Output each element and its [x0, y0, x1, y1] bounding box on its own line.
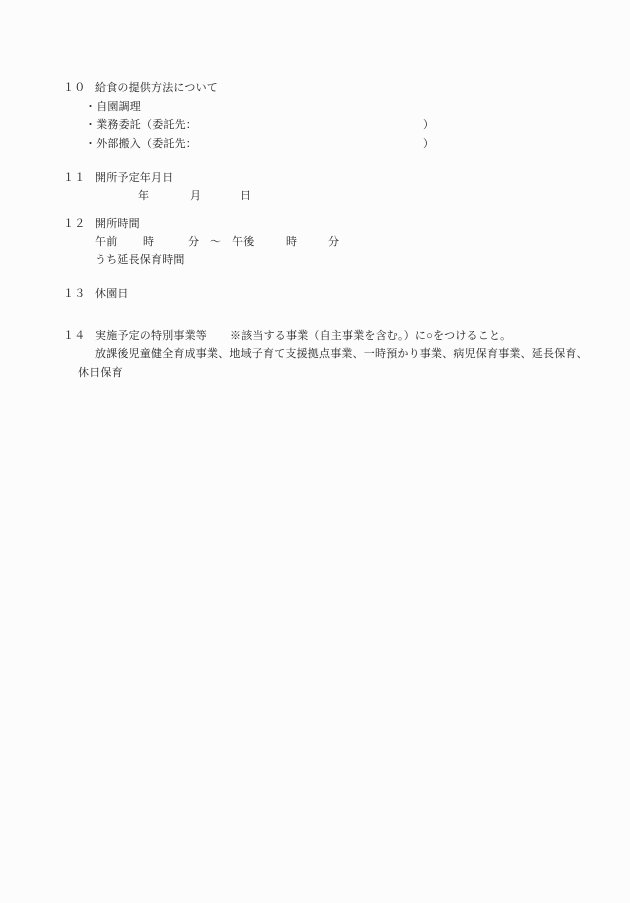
section-10-number: １０: [63, 81, 85, 95]
programs-line-1: 放課後児童健全育成事業、地域子育て支援拠点事業、一時預かり事業、病児保育事業、延…: [95, 347, 588, 361]
am-label: 午前: [95, 235, 117, 249]
am-hour-label: 時: [143, 235, 154, 249]
document-page: １０ 給食の提供方法について ・自園調理 ・業務委託（委託先： ） ・外部搬入（…: [0, 0, 630, 903]
section-11-title: 開所予定年月日: [95, 171, 173, 185]
pm-hour-label: 時: [286, 235, 297, 249]
section-12-title: 開所時間: [95, 217, 140, 231]
am-minute-label: 分: [188, 235, 199, 249]
bullet-item-self-cooking: ・自園調理: [85, 100, 141, 114]
outsourcing-close-paren: ）: [423, 118, 434, 132]
section-10-title: 給食の提供方法について: [95, 81, 218, 95]
year-unit-label: 年: [138, 189, 149, 203]
month-unit-label: 月: [190, 189, 201, 203]
section-11-number: １１: [63, 171, 85, 185]
pm-minute-label: 分: [328, 235, 339, 249]
day-unit-label: 日: [240, 189, 251, 203]
bullet-item-external-delivery: ・外部搬入（委託先：: [85, 137, 197, 151]
extended-care-note: うち延長保育時間: [95, 253, 185, 267]
programs-line-2: 休日保育: [78, 366, 123, 380]
section-14-instruction: ※該当する事業（自主事業を含む。）に○をつけること。: [230, 329, 511, 343]
external-delivery-close-paren: ）: [423, 137, 434, 151]
section-12-number: １２: [63, 217, 85, 231]
bullet-item-outsourcing: ・業務委託（委託先：: [85, 118, 197, 132]
tilde-separator: 〜: [210, 235, 221, 249]
section-14-number: １４: [63, 329, 85, 343]
section-14-title: 実施予定の特別事業等: [95, 329, 207, 343]
pm-label: 午後: [232, 235, 254, 249]
section-13-title: 休園日: [95, 287, 129, 301]
section-13-number: １３: [63, 287, 85, 301]
